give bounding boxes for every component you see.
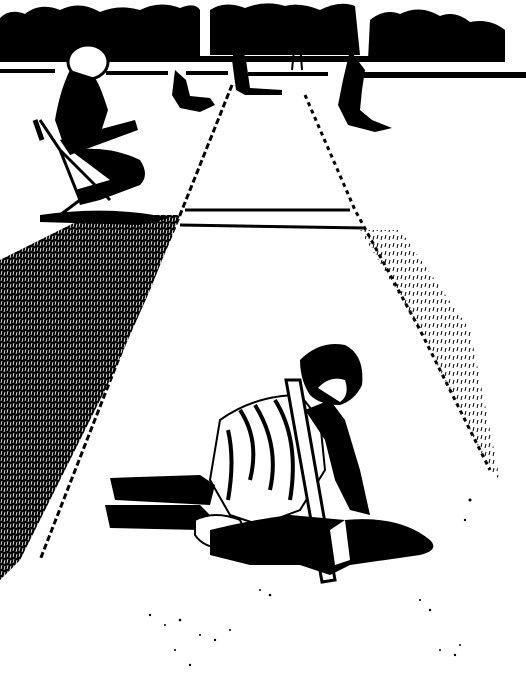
photo-scene [0,0,526,700]
